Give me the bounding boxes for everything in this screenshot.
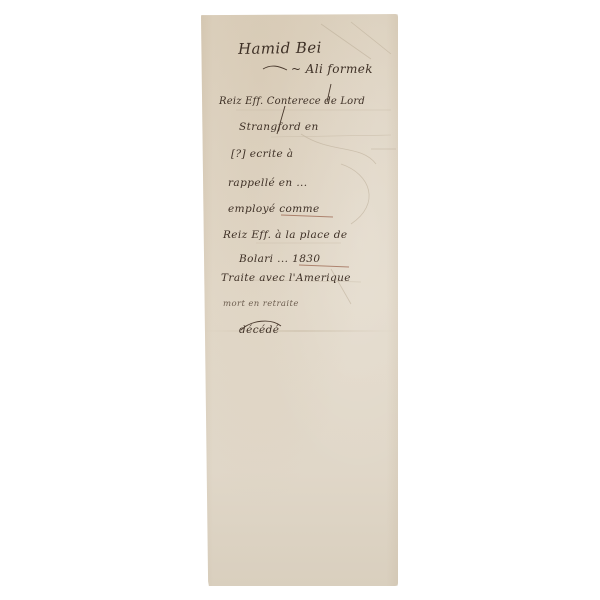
manuscript-sheet: Hamid Bei ~ Ali formek Reiz Eff. Contere…	[201, 14, 398, 586]
ink-flourishes	[201, 14, 398, 344]
page: Hamid Bei ~ Ali formek Reiz Eff. Contere…	[0, 0, 600, 600]
